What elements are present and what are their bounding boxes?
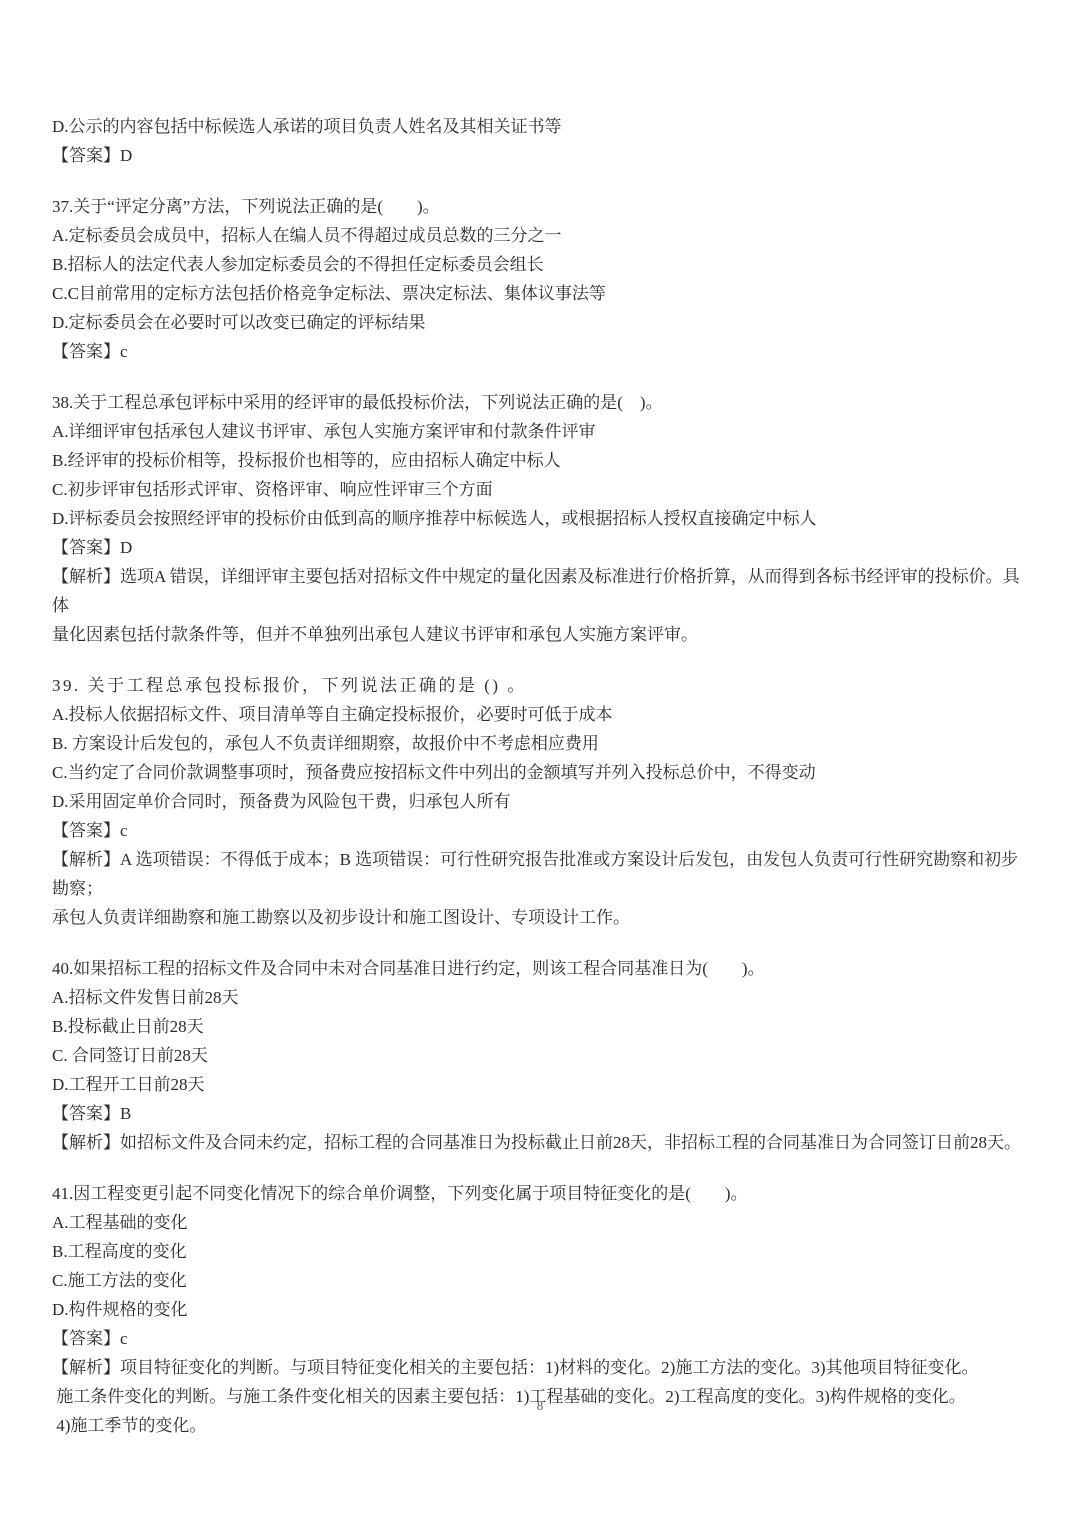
question-37-block: 37.关于“评定分离”方法，下列说法正确的是( )。A.定标委员会成员中，招标人… xyxy=(52,192,1024,366)
question-37-option-line-3: C.C目前常用的定标方法包括价格竞争定标法、票决定标法、集体议事法等 xyxy=(52,279,1024,308)
question-41-analysis-line-6: 【解析】项目特征变化的判断。与项目特征变化相关的主要包括：1)材料的变化。2)施… xyxy=(52,1353,1024,1382)
document-body: D.公示的内容包括中标候选人承诺的项目负责人姓名及其相关证书等【答案】D37.关… xyxy=(0,0,1080,1440)
page-number: 8 xyxy=(0,1398,1080,1414)
question-38-answer-line-5: 【答案】D xyxy=(52,533,1024,562)
question-39-option-line-4: D.采用固定单价合同时，预备费为风险包干费，归承包人所有 xyxy=(52,787,1024,816)
question-40-block: 40.如果招标工程的招标文件及合同中未对合同基准日进行约定，则该工程合同基准日为… xyxy=(52,954,1024,1157)
question-40-option-line-1: A.招标文件发售日前28天 xyxy=(52,983,1024,1012)
question-40-analysis-line-6: 【解析】如招标文件及合同未约定，招标工程的合同基准日为投标截止日前28天，非招标… xyxy=(52,1128,1024,1157)
question-39-analysis-line-7: 承包人负责详细勘察和施工勘察以及初步设计和施工图设计、专项设计工作。 xyxy=(52,903,1024,932)
question-38-option-line-4: D.评标委员会按照经评审的投标价由低到高的顺序推荐中标候选人，或根据招标人授权直… xyxy=(52,504,1024,533)
question-39-option-line-1: A.投标人依据招标文件、项目清单等自主确定投标报价，必要时可低于成本 xyxy=(52,700,1024,729)
question-38-block: 38.关于工程总承包评标中采用的经评审的最低投标价法，下列说法正确的是( )。A… xyxy=(52,388,1024,649)
question-41-option-line-1: A.工程基础的变化 xyxy=(52,1208,1024,1237)
question-40-answer-line-5: 【答案】B xyxy=(52,1099,1024,1128)
question-39-block: 39. 关于工程总承包投标报价，下列说法正确的是 () 。A.投标人依据招标文件… xyxy=(52,671,1024,932)
question-39-analysis-line-6: 【解析】A 选项错误：不得低于成本；B 选项错误：可行性研究报告批准或方案设计后… xyxy=(52,845,1024,903)
question-40-option-line-2: B.投标截止日前28天 xyxy=(52,1012,1024,1041)
question-38-analysis-line-7: 量化因素包括付款条件等，但并不单独列出承包人建议书评审和承包人实施方案评审。 xyxy=(52,620,1024,649)
question-38-stem-line-0: 38.关于工程总承包评标中采用的经评审的最低投标价法，下列说法正确的是( )。 xyxy=(52,388,1024,417)
question-41-answer-line-5: 【答案】c xyxy=(52,1324,1024,1353)
question-41-option-line-3: C.施工方法的变化 xyxy=(52,1266,1024,1295)
document-page: D.公示的内容包括中标候选人承诺的项目负责人姓名及其相关证书等【答案】D37.关… xyxy=(0,0,1080,1527)
question-38-option-line-3: C.初步评审包括形式评审、资格评审、响应性评审三个方面 xyxy=(52,475,1024,504)
question-37-answer-line-5: 【答案】c xyxy=(52,337,1024,366)
question-39-stem-line-0: 39. 关于工程总承包投标报价，下列说法正确的是 () 。 xyxy=(52,671,1024,700)
question-40-stem-line-0: 40.如果招标工程的招标文件及合同中未对合同基准日进行约定，则该工程合同基准日为… xyxy=(52,954,1024,983)
question-37-option-line-1: A.定标委员会成员中，招标人在编人员不得超过成员总数的三分之一 xyxy=(52,221,1024,250)
question-36-tail-answer-line-1: 【答案】D xyxy=(52,141,1024,170)
question-41-analysis-line-8: 4)施工季节的变化。 xyxy=(52,1411,1024,1440)
question-39-option-line-3: C.当约定了合同价款调整事项时，预备费应按招标文件中列出的金额填写并列入投标总价… xyxy=(52,758,1024,787)
question-40-option-line-4: D.工程开工日前28天 xyxy=(52,1070,1024,1099)
question-36-tail-block: D.公示的内容包括中标候选人承诺的项目负责人姓名及其相关证书等【答案】D xyxy=(52,112,1024,170)
question-37-option-line-2: B.招标人的法定代表人参加定标委员会的不得担任定标委员会组长 xyxy=(52,250,1024,279)
question-41-stem-line-0: 41.因工程变更引起不同变化情况下的综合单价调整，下列变化属于项目特征变化的是(… xyxy=(52,1179,1024,1208)
question-36-tail-option-line-0: D.公示的内容包括中标候选人承诺的项目负责人姓名及其相关证书等 xyxy=(52,112,1024,141)
question-40-option-line-3: C. 合同签订日前28天 xyxy=(52,1041,1024,1070)
question-37-option-line-4: D.定标委员会在必要时可以改变已确定的评标结果 xyxy=(52,308,1024,337)
question-38-option-line-2: B.经评审的投标价相等，投标报价也相等的，应由招标人确定中标人 xyxy=(52,446,1024,475)
question-38-option-line-1: A.详细评审包括承包人建议书评审、承包人实施方案评审和付款条件评审 xyxy=(52,417,1024,446)
question-41-option-line-2: B.工程高度的变化 xyxy=(52,1237,1024,1266)
question-41-option-line-4: D.构件规格的变化 xyxy=(52,1295,1024,1324)
question-38-analysis-line-6: 【解析】选项A 错误，详细评审主要包括对招标文件中规定的量化因素及标准进行价格折… xyxy=(52,562,1024,620)
question-39-option-line-2: B. 方案设计后发包的，承包人不负责详细期察，故报价中不考虑相应费用 xyxy=(52,729,1024,758)
question-37-stem-line-0: 37.关于“评定分离”方法，下列说法正确的是( )。 xyxy=(52,192,1024,221)
question-39-answer-line-5: 【答案】c xyxy=(52,816,1024,845)
